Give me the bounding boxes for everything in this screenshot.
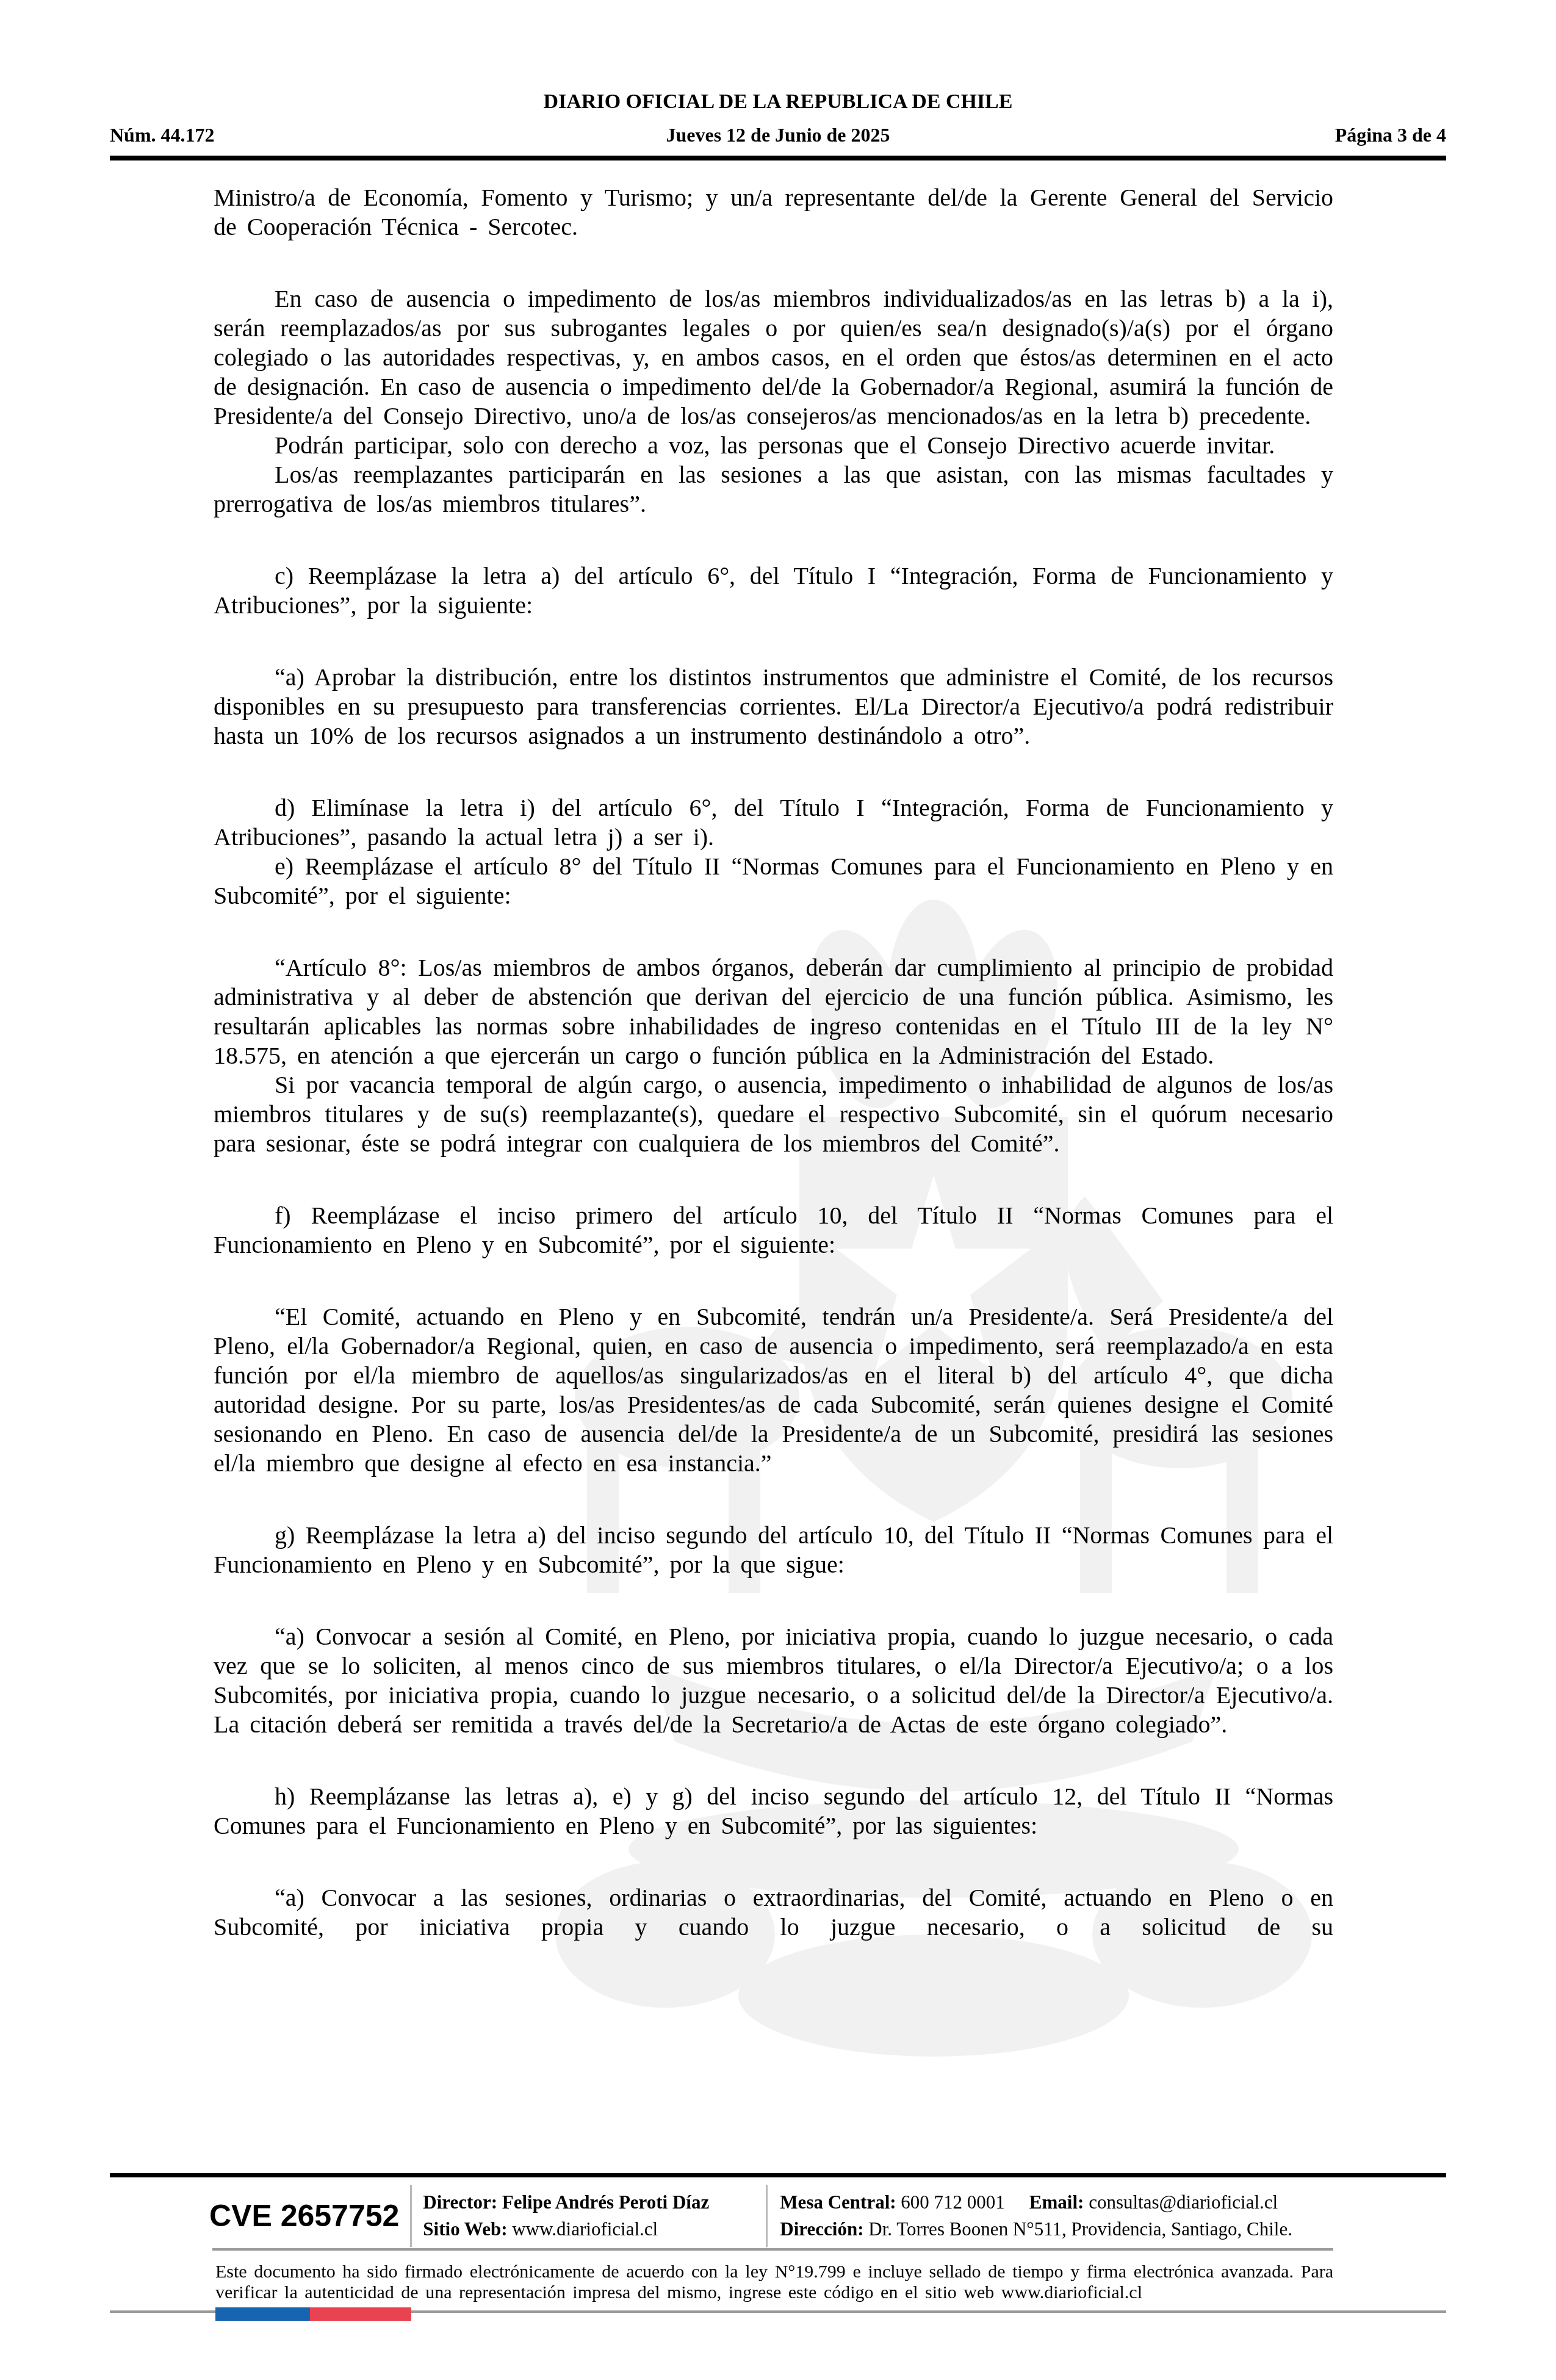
body-paragraph: En caso de ausencia o impedimento de los…: [214, 284, 1333, 431]
footer-contact-box: CVE 2657752 Director: Felipe Andrés Pero…: [110, 2185, 1446, 2247]
document-body: Ministro/a de Economía, Fomento y Turism…: [214, 183, 1333, 2154]
newspaper-title: DIARIO OFICIAL DE LA REPUBLICA DE CHILE: [110, 89, 1446, 115]
body-paragraph: g) Reemplázase la letra a) del inciso se…: [214, 1521, 1333, 1579]
flag-red-segment: [310, 2307, 411, 2321]
address-line: Dirección: Dr. Torres Boonen N°511, Prov…: [780, 2216, 1292, 2243]
director-line: Director: Felipe Andrés Peroti Díaz: [423, 2189, 766, 2216]
issue-date: Jueves 12 de Junio de 2025: [666, 122, 890, 148]
footer-director-block: Director: Felipe Andrés Peroti Díaz Siti…: [423, 2189, 766, 2243]
flag-blue-segment: [215, 2307, 310, 2321]
website-url: www.diarioficial.cl: [512, 2218, 658, 2240]
body-paragraph: Los/as reemplazantes participarán en las…: [214, 460, 1333, 519]
body-paragraph: d) Elimínase la letra i) del artículo 6°…: [214, 793, 1333, 852]
body-paragraph: Si por vacancia temporal de algún cargo,…: [214, 1070, 1333, 1158]
body-paragraph: Podrán participar, solo con derecho a vo…: [214, 431, 1333, 460]
body-paragraph: “a) Convocar a sesión al Comité, en Plen…: [214, 1622, 1333, 1739]
director-label: Director:: [423, 2191, 497, 2213]
footer-divider: [766, 2185, 768, 2247]
footer-top-rule: [110, 2173, 1446, 2177]
body-paragraph: c) Reemplázase la letra a) del artículo …: [214, 561, 1333, 620]
body-paragraph: f) Reemplázase el inciso primero del art…: [214, 1201, 1333, 1260]
page-header: DIARIO OFICIAL DE LA REPUBLICA DE CHILE …: [110, 89, 1446, 160]
website-line: Sitio Web: www.diarioficial.cl: [423, 2216, 766, 2243]
email-label: Email:: [1029, 2191, 1084, 2213]
cve-code: CVE 2657752: [209, 2202, 399, 2229]
body-paragraph: “El Comité, actuando en Pleno y en Subco…: [214, 1302, 1333, 1478]
footer-middle-rule: [212, 2248, 1333, 2251]
gazette-page: DIARIO OFICIAL DE LA REPUBLICA DE CHILE …: [0, 0, 1556, 2380]
body-paragraph: “a) Convocar a las sesiones, ordinarias …: [214, 1883, 1333, 1942]
phone-label: Mesa Central:: [780, 2191, 896, 2213]
director-name: Felipe Andrés Peroti Díaz: [502, 2191, 710, 2213]
address-value: Dr. Torres Boonen N°511, Providencia, Sa…: [868, 2218, 1292, 2240]
body-paragraph: “Artículo 8°: Los/as miembros de ambos ó…: [214, 953, 1333, 1070]
address-label: Dirección:: [780, 2218, 863, 2240]
body-paragraph: h) Reemplázanse las letras a), e) y g) d…: [214, 1782, 1333, 1841]
body-paragraph: e) Reemplázase el artículo 8° del Título…: [214, 852, 1333, 911]
header-rule: [110, 156, 1446, 160]
website-label: Sitio Web:: [423, 2218, 507, 2240]
chile-flag-bar: [215, 2307, 411, 2321]
page-indicator: Página 3 de 4: [1335, 122, 1446, 148]
header-meta-row: Núm. 44.172 Jueves 12 de Junio de 2025 P…: [110, 122, 1446, 148]
body-paragraph: “a) Aprobar la distribución, entre los d…: [214, 663, 1333, 751]
signature-disclaimer: Este documento ha sido firmado electróni…: [215, 2262, 1333, 2303]
phone-email-line: Mesa Central: 600 712 0001Email: consult…: [780, 2189, 1292, 2216]
footer-divider: [410, 2185, 412, 2247]
email-address: consultas@diarioficial.cl: [1089, 2191, 1278, 2213]
footer-contact-block: Mesa Central: 600 712 0001Email: consult…: [780, 2189, 1292, 2243]
body-paragraph: Ministro/a de Economía, Fomento y Turism…: [214, 183, 1333, 242]
issue-number: Núm. 44.172: [110, 122, 215, 148]
phone-number: 600 712 0001: [901, 2191, 1005, 2213]
